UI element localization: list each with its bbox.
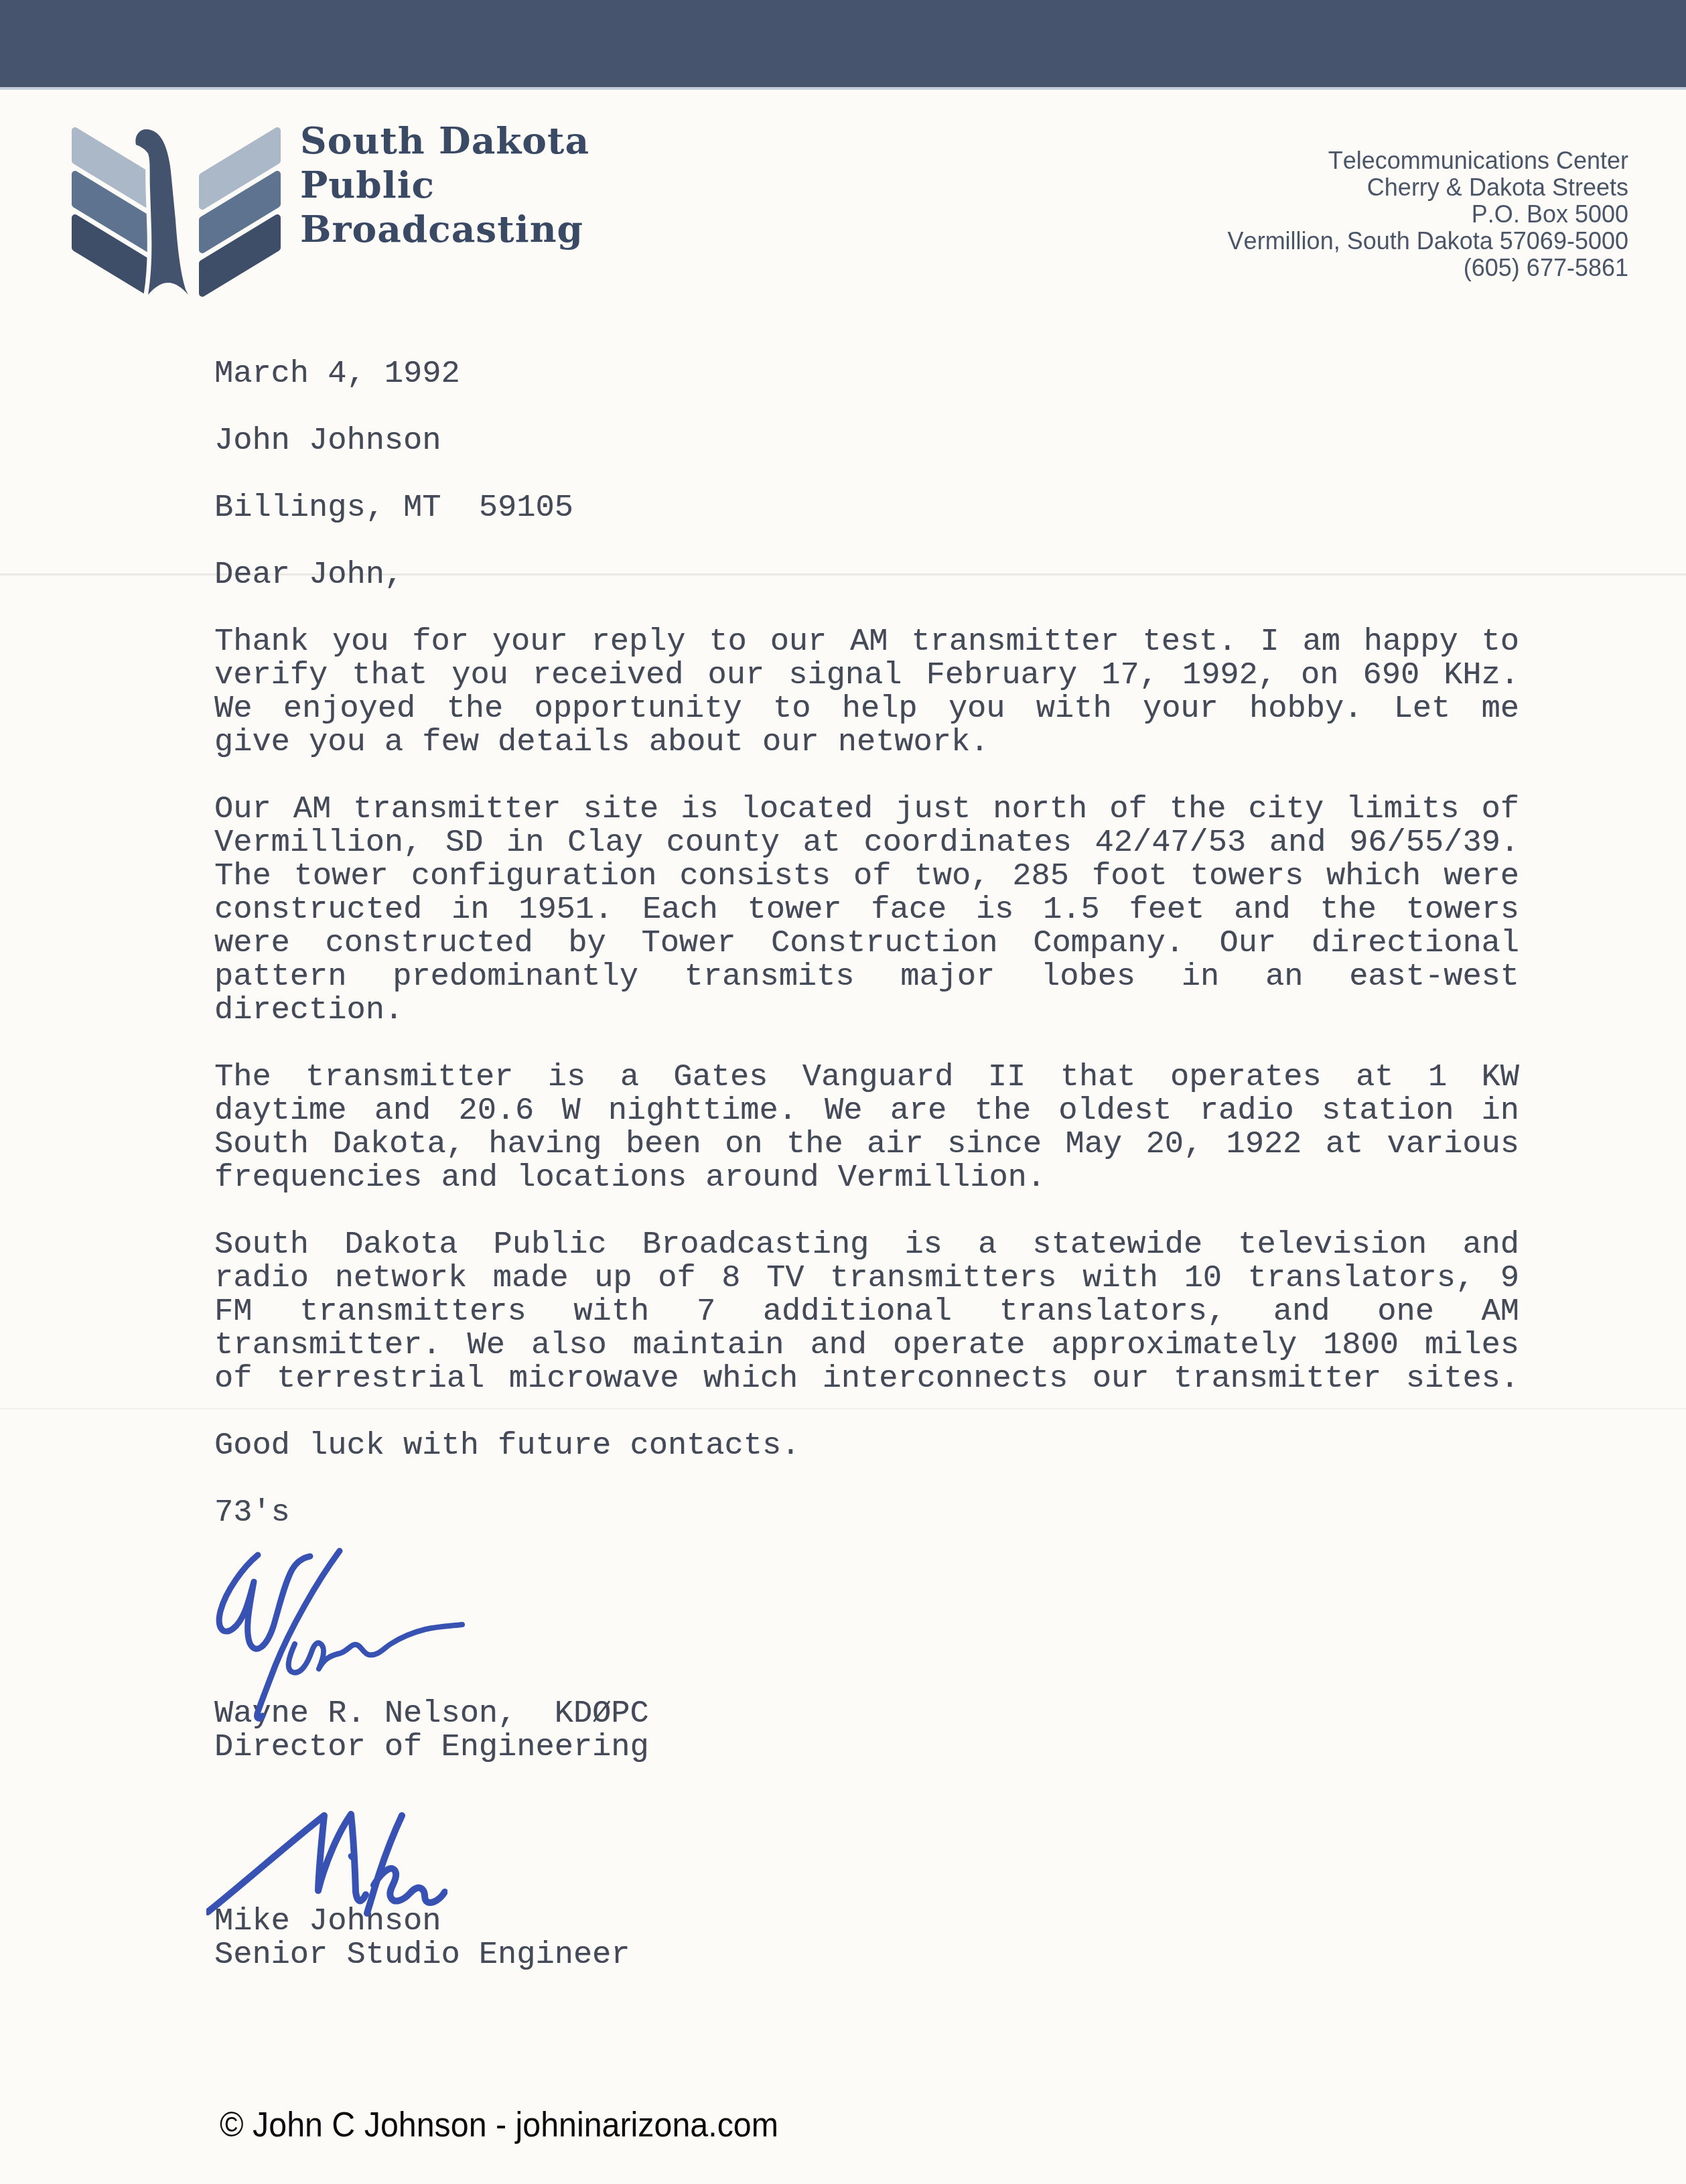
mike-signature-area (214, 1765, 1519, 1905)
text-line: Telecommunications Center (1228, 147, 1628, 174)
text-line: Cherry & Dakota Streets (1228, 174, 1628, 201)
text-line: The transmitter is a Gates Vanguard II t… (214, 1061, 1519, 1095)
signer1-title: Director of Engineering (214, 1731, 1519, 1765)
wayne-signature-area (214, 1530, 1519, 1698)
signer2-title: Senior Studio Engineer (214, 1939, 1519, 1972)
text-line: verify that you received our signal Febr… (214, 659, 1519, 693)
letterhead-top-band (0, 0, 1686, 90)
text-line: We enjoyed the opportunity to help you w… (214, 693, 1519, 726)
text-line: The tower configuration consists of two,… (214, 860, 1519, 894)
text-line: were constructed by Tower Construction C… (214, 927, 1519, 961)
footer-credit: © John C Johnson - johninarizona.com (220, 2105, 778, 2145)
sdpb-open-book-logo-icon (69, 126, 283, 305)
scanned-letter-page: South DakotaPublicBroadcasting Telecommu… (0, 0, 1686, 2184)
letterhead-address-block: Telecommunications CenterCherry & Dakota… (1228, 147, 1628, 281)
paragraph-4: South Dakota Public Broadcasting is a st… (214, 1229, 1519, 1396)
text-line: daytime and 20.6 W nighttime. We are the… (214, 1095, 1519, 1128)
recipient-city-line: Billings, MT 59105 (214, 492, 1519, 525)
text-line: (605) 677-5861 (1228, 255, 1628, 281)
i-dot (346, 1852, 358, 1862)
text-line: Thank you for your reply to our AM trans… (214, 626, 1519, 659)
text-line: frequencies and locations around Vermill… (214, 1162, 1519, 1195)
letter-body: March 4, 1992 John Johnson Billings, MT … (214, 358, 1519, 1972)
text-line: FM transmitters with 7 additional transl… (214, 1296, 1519, 1329)
paragraph-3: The transmitter is a Gates Vanguard II t… (214, 1061, 1519, 1195)
text-line: South Dakota, having been on the air sin… (214, 1128, 1519, 1162)
text-line: radio network made up of 8 TV transmitte… (214, 1262, 1519, 1296)
text-line: Public (300, 163, 589, 207)
text-line: P.O. Box 5000 (1228, 201, 1628, 228)
text-line: South Dakota Public Broadcasting is a st… (214, 1229, 1519, 1262)
brand-name: South DakotaPublicBroadcasting (300, 119, 589, 251)
text-line: of terrestrial microwave which interconn… (214, 1363, 1519, 1396)
recipient-name: John Johnson (214, 425, 1519, 458)
text-line: Our AM transmitter site is located just … (214, 793, 1519, 827)
paragraph-2: Our AM transmitter site is located just … (214, 793, 1519, 1028)
text-line: constructed in 1951. Each tower face is … (214, 894, 1519, 927)
date-line: March 4, 1992 (214, 358, 1519, 391)
text-line: transmitter. We also maintain and operat… (214, 1329, 1519, 1363)
text-line: give you a few details about our network… (214, 726, 1519, 760)
text-line: Broadcasting (300, 207, 589, 251)
sign-off-73s: 73's (214, 1497, 1519, 1530)
signer1-name: Wayne R. Nelson, KDØPC (214, 1698, 1519, 1731)
closing-line: Good luck with future contacts. (214, 1430, 1519, 1463)
text-line: direction. (214, 994, 1519, 1028)
paragraph-1: Thank you for your reply to our AM trans… (214, 626, 1519, 760)
text-line: South Dakota (300, 119, 589, 163)
text-line: Vermillion, SD in Clay county at coordin… (214, 827, 1519, 860)
mike-signature-ink (206, 1778, 447, 1919)
signer2-name: Mike Johnson (214, 1905, 1519, 1939)
text-line: pattern predominantly transmits major lo… (214, 961, 1519, 994)
salutation: Dear John, (214, 559, 1519, 592)
text-line: Vermillion, South Dakota 57069-5000 (1228, 228, 1628, 255)
